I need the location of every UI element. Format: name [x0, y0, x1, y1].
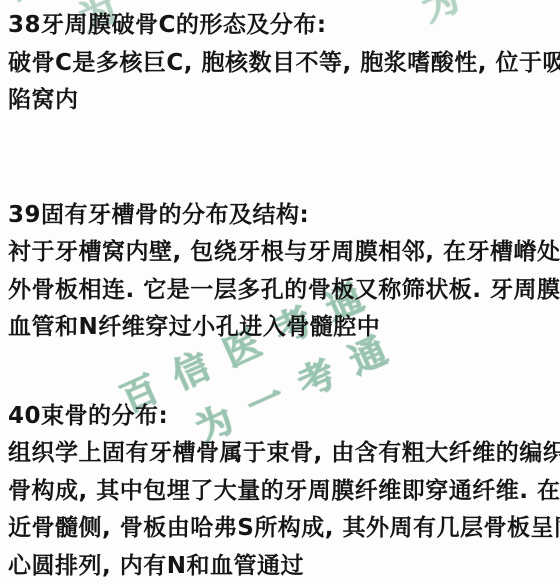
section-line: 血管和N纤维穿过小孔进入骨髓腔中 — [8, 309, 554, 347]
section-line: 组织学上固有牙槽骨属于束骨, 由含有粗大纤维的编织 — [8, 435, 554, 473]
note-section-38: 38牙周膜破骨C的形态及分布: 破骨C是多核巨C, 胞核数目不等, 胞浆嗜酸性,… — [8, 7, 554, 120]
section-line: 衬于牙槽窝内壁, 包绕牙根与牙周膜相邻, 在牙槽嵴处与 — [8, 234, 554, 272]
section-line: 近骨髓侧, 骨板由哈弗S所构成, 其外周有几层骨板呈同 — [8, 510, 554, 548]
note-section-39: 39固有牙槽骨的分布及结构: 衬于牙槽窝内壁, 包绕牙根与牙周膜相邻, 在牙槽嵴… — [8, 197, 554, 347]
section-heading: 38牙周膜破骨C的形态及分布: — [8, 7, 554, 45]
section-heading: 40束骨的分布: — [8, 398, 554, 436]
section-line: 陷窝内 — [8, 82, 554, 120]
section-heading: 39固有牙槽骨的分布及结构: — [8, 197, 554, 235]
note-section-40: 40束骨的分布: 组织学上固有牙槽骨属于束骨, 由含有粗大纤维的编织 骨构成, … — [8, 398, 554, 584]
section-line: 心圆排列, 内有N和血管通过 — [8, 548, 554, 584]
section-line: 骨构成, 其中包埋了大量的牙周膜纤维即穿通纤维. 在邻 — [8, 473, 554, 511]
section-line: 外骨板相连. 它是一层多孔的骨板又称筛状板. 牙周膜的 — [8, 272, 554, 310]
section-line: 破骨C是多核巨C, 胞核数目不等, 胞浆嗜酸性, 位于吸收 — [8, 45, 554, 83]
notes-document: 38牙周膜破骨C的形态及分布: 破骨C是多核巨C, 胞核数目不等, 胞浆嗜酸性,… — [0, 0, 560, 584]
